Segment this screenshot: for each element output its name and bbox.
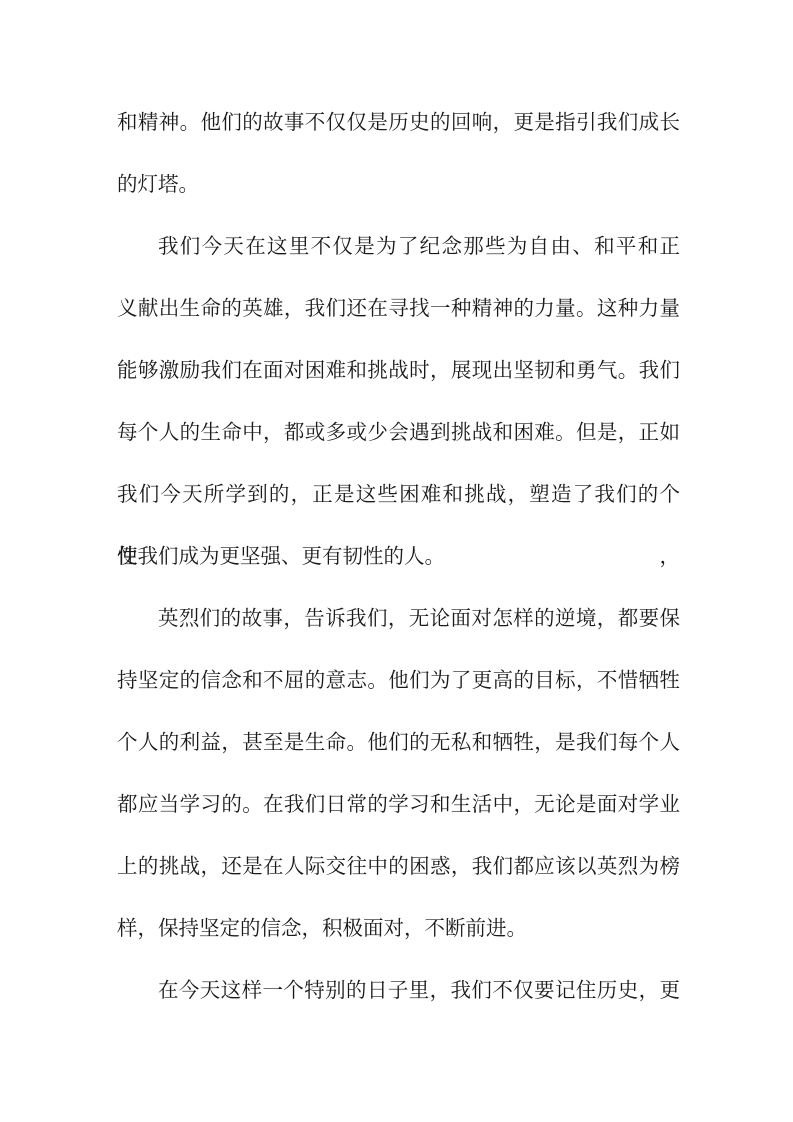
text-line-4: 义献出生命的英雄，我们还在寻找一种精神的力量。这种力量 — [117, 278, 680, 340]
text-line-3: 我们今天在这里不仅是为了纪念那些为自由、和平和正 — [117, 216, 680, 278]
text-line-1: 和精神。他们的故事不仅仅是历史的回响，更是指引我们成长 — [117, 92, 680, 154]
text-line-5: 能够激励我们在面对困难和挑战时，展现出坚韧和勇气。我们 — [117, 340, 680, 402]
text-line-6: 每个人的生命中，都或多或少会遇到挑战和困难。但是，正如 — [117, 402, 680, 464]
text-line-2: 的灯塔。 — [117, 154, 680, 216]
text-line-13: 上的挑战，还是在人际交往中的困惑，我们都应该以英烈为榜 — [117, 836, 680, 898]
text-line-12: 都应当学习的。在我们日常的学习和生活中，无论是面对学业 — [117, 774, 680, 836]
text-line-7: 我们今天所学到的，正是这些困难和挑战，塑造了我们的个性， — [117, 464, 680, 526]
document-page: 和精神。他们的故事不仅仅是历史的回响，更是指引我们成长 的灯塔。 我们今天在这里… — [0, 0, 793, 1122]
text-line-9: 英烈们的故事，告诉我们，无论面对怎样的逆境，都要保 — [117, 588, 680, 650]
text-line-14: 样，保持坚定的信念，积极面对，不断前进。 — [117, 898, 680, 960]
text-line-11: 个人的利益，甚至是生命。他们的无私和牺牲，是我们每个人 — [117, 712, 680, 774]
text-line-10: 持坚定的信念和不屈的意志。他们为了更高的目标，不惜牺牲 — [117, 650, 680, 712]
text-line-15: 在今天这样一个特别的日子里，我们不仅要记住历史，更 — [117, 960, 680, 1022]
text-content: 和精神。他们的故事不仅仅是历史的回响，更是指引我们成长 的灯塔。 我们今天在这里… — [117, 92, 680, 1022]
